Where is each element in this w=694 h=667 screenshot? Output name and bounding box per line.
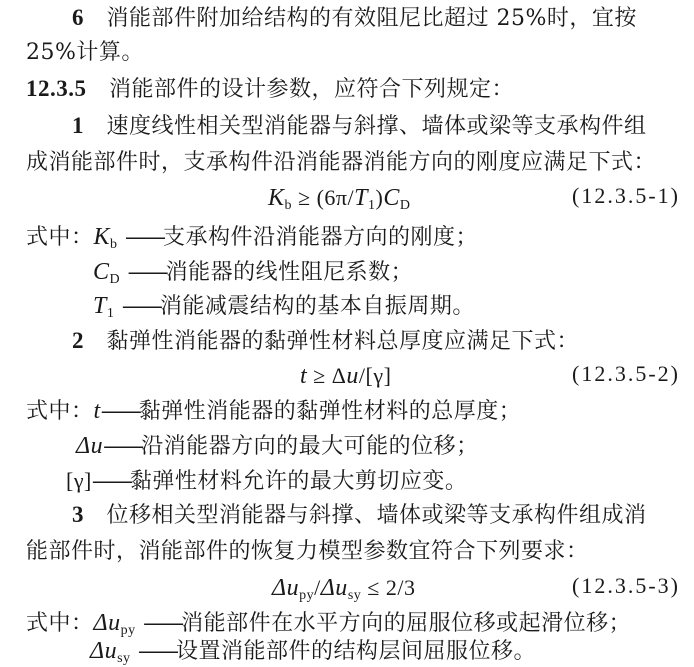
item2-line1: 2 黏弹性消能器的黏弹性材料总厚度应满足下式： — [72, 326, 579, 357]
item-text: 速度线性相关型消能器与斜撑、墙体或梁等支承构件组 — [106, 114, 646, 139]
item-text: 黏弹性消能器的黏弹性材料总厚度应满足下式： — [106, 329, 579, 354]
equation-number: (12.3.5-3) — [572, 573, 680, 599]
where-def-kb: 式中：Kb ——支承构件沿消能器方向的刚度； — [26, 222, 478, 260]
where-def-du: Δu——沿消能器方向的最大可能的位移； — [76, 431, 479, 462]
item-number: 3 — [72, 502, 84, 527]
formula-12-3-5-1: Kb ≥ (6π/T1)CD — [268, 183, 410, 221]
where-def-t1: T1 ——消能减震结构的基本自振周期。 — [93, 291, 475, 329]
item-text: 位移相关型消能器与斜撑、墙体或梁等支承构件组成消 — [106, 503, 646, 528]
formula-12-3-5-3: Δupy/Δusy ≤ 2/3 — [272, 573, 415, 611]
equation-number: (12.3.5-1) — [572, 183, 680, 209]
item6-line1: 6 消能部件附加给结构的有效阻尼比超过 25%时，宜按 — [72, 3, 637, 34]
where-def-gamma: [γ]——黏弹性材料允许的最大剪切应变。 — [66, 466, 467, 497]
clause-number: 12.3.5 — [26, 76, 87, 101]
equation-number: (12.3.5-2) — [572, 361, 680, 387]
item-number: 2 — [72, 328, 84, 353]
item6-line2: 25%计算。 — [26, 38, 144, 68]
item-text: 25%计算。 — [26, 40, 144, 65]
where-def-t: 式中：t——黏弹性消能器的黏弹性材料的总厚度； — [26, 396, 521, 427]
item1-line1: 1 速度线性相关型消能器与斜撑、墙体或梁等支承构件组 — [72, 111, 647, 142]
item-number: 1 — [72, 113, 84, 138]
where-def-cd: CD ——消能器的线性阻尼系数； — [93, 257, 413, 295]
where-def-dusy: Δusy ——设置消能部件的结构层间屈服位移。 — [90, 636, 536, 667]
item-text: 成消能部件时，支承构件沿消能器消能方向的刚度应满足下式： — [26, 150, 656, 175]
clause-heading: 12.3.5 消能部件的设计参数，应符合下列规定： — [26, 74, 514, 105]
clause-text: 消能部件的设计参数，应符合下列规定： — [109, 77, 514, 102]
item-text: 能部件时，消能部件的恢复力模型参数宜符合下列要求： — [26, 539, 589, 564]
item1-line2: 成消能部件时，支承构件沿消能器消能方向的刚度应满足下式： — [26, 148, 656, 178]
formula-12-3-5-2: t ≥ Δu/[γ] — [300, 361, 391, 392]
item-text: 消能部件附加给结构的有效阻尼比超过 25%时，宜按 — [106, 6, 636, 31]
item3-line1: 3 位移相关型消能器与斜撑、墙体或梁等支承构件组成消 — [72, 500, 647, 531]
item3-line2: 能部件时，消能部件的恢复力模型参数宜符合下列要求： — [26, 537, 589, 567]
item-number: 6 — [72, 5, 84, 30]
